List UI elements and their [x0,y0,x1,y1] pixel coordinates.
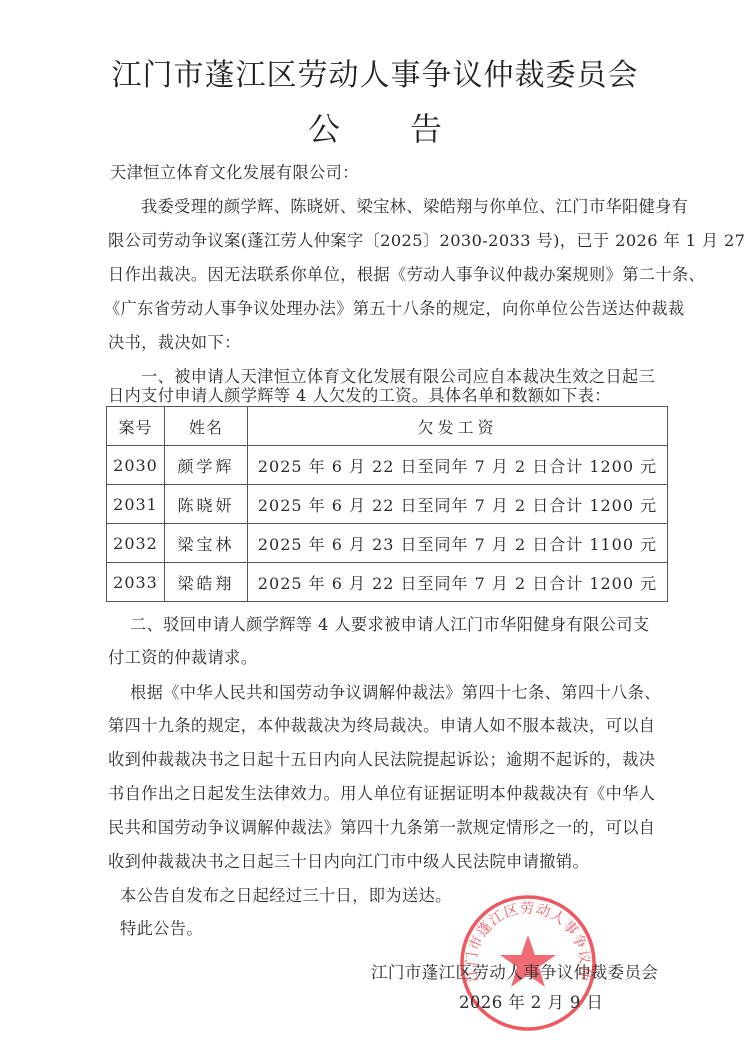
document-title: 江门市蓬江区劳动人事争议仲裁委员会 [0,50,750,94]
paragraph-line: 二、驳回申请人颜学辉等 4 人要求被申请人江门市华阳健身有限公司支 [130,615,649,635]
table-header-row: 案号 姓名 欠发工资 [107,407,668,446]
paragraph-line: 日作出裁决。因无法联系你单位，根据《劳动人事争议仲裁办案规则》第二十条、 [108,265,705,285]
cell-case-no: 2032 [107,524,165,563]
paragraph-line: 根据《中华人民共和国劳动争议调解仲裁法》第四十七条、第四十八条、 [130,683,661,703]
paragraph-line: 第四十九条的规定，本仲裁裁决为终局裁决。申请人如不服本裁决，可以自 [108,716,655,736]
paragraph-line: 收到仲裁裁决书之日起三十日内向江门市中级人民法院申请撤销。 [108,852,589,872]
paragraph-line: 收到仲裁裁决书之日起十五日内向人民法院提起诉讼；逾期不起诉的，裁决 [108,750,655,770]
paragraph-line: 民共和国劳动争议调解仲裁法》第四十九条第一款规定情形之一的，可以自 [108,818,655,838]
table-row: 2031 陈晓妍 2025 年 6 月 22 日至同年 7 月 2 日合计 12… [107,485,668,524]
signature-date: 2026 年 2 月 9 日 [459,993,603,1013]
cell-name: 梁皓翔 [165,563,248,602]
paragraph-line: 付工资的仲裁请求。 [108,648,257,668]
signature-org: 江门市蓬江区劳动人事争议仲裁委员会 [371,963,658,983]
paragraph-line: 限公司劳动争议案(蓬江劳人仲案字〔2025〕2030-2033 号)，已于 20… [108,231,745,251]
cell-wage: 2025 年 6 月 22 日至同年 7 月 2 日合计 1200 元 [248,563,668,602]
cell-case-no: 2031 [107,485,165,524]
cell-wage: 2025 年 6 月 22 日至同年 7 月 2 日合计 1200 元 [248,446,668,485]
cell-name: 颜学辉 [165,446,248,485]
document-subtitle: 公告 [0,104,750,150]
cell-wage: 2025 年 6 月 23 日至同年 7 月 2 日合计 1100 元 [248,524,668,563]
table-row: 2032 梁宝林 2025 年 6 月 23 日至同年 7 月 2 日合计 11… [107,524,668,563]
paragraph-line: 书自作出之日起发生法律效力。用人单位有证据证明本仲裁裁决有《中华人 [108,784,655,804]
cell-name: 陈晓妍 [165,485,248,524]
header-case-no: 案号 [107,407,165,446]
cell-case-no: 2033 [107,563,165,602]
cell-wage: 2025 年 6 月 22 日至同年 7 月 2 日合计 1200 元 [248,485,668,524]
table-row: 2030 颜学辉 2025 年 6 月 22 日至同年 7 月 2 日合计 12… [107,446,668,485]
paragraph-line: 特此公告。 [120,919,203,939]
wage-table: 案号 姓名 欠发工资 2030 颜学辉 2025 年 6 月 22 日至同年 7… [106,406,668,602]
header-name: 姓名 [165,407,248,446]
cell-case-no: 2030 [107,446,165,485]
paragraph-line: 我委受理的颜学辉、陈晓妍、梁宝林、梁皓翔与你单位、江门市华阳健身有 [141,197,688,217]
paragraph-line: 本公告自发布之日起经过三十日，即为送达。 [120,886,452,906]
header-unpaid-wages: 欠发工资 [248,407,668,446]
paragraph-line: 决书，裁决如下： [108,333,241,353]
cell-name: 梁宝林 [165,524,248,563]
paragraph-line: 《广东省劳动人事争议处理办法》第五十八条的规定，向你单位公告送达仲裁裁 [104,299,685,319]
table-row: 2033 梁皓翔 2025 年 6 月 22 日至同年 7 月 2 日合计 12… [107,563,668,602]
paragraph-line: 一、被申请人天津恒立体育文化发展有限公司应自本裁决生效之日起三 [141,367,655,387]
addressee: 天津恒立体育文化发展有限公司： [110,163,359,183]
paragraph-line: 日内支付申请人颜学辉等 4 人欠发的工资。具体名单和数额如下表： [108,386,611,406]
